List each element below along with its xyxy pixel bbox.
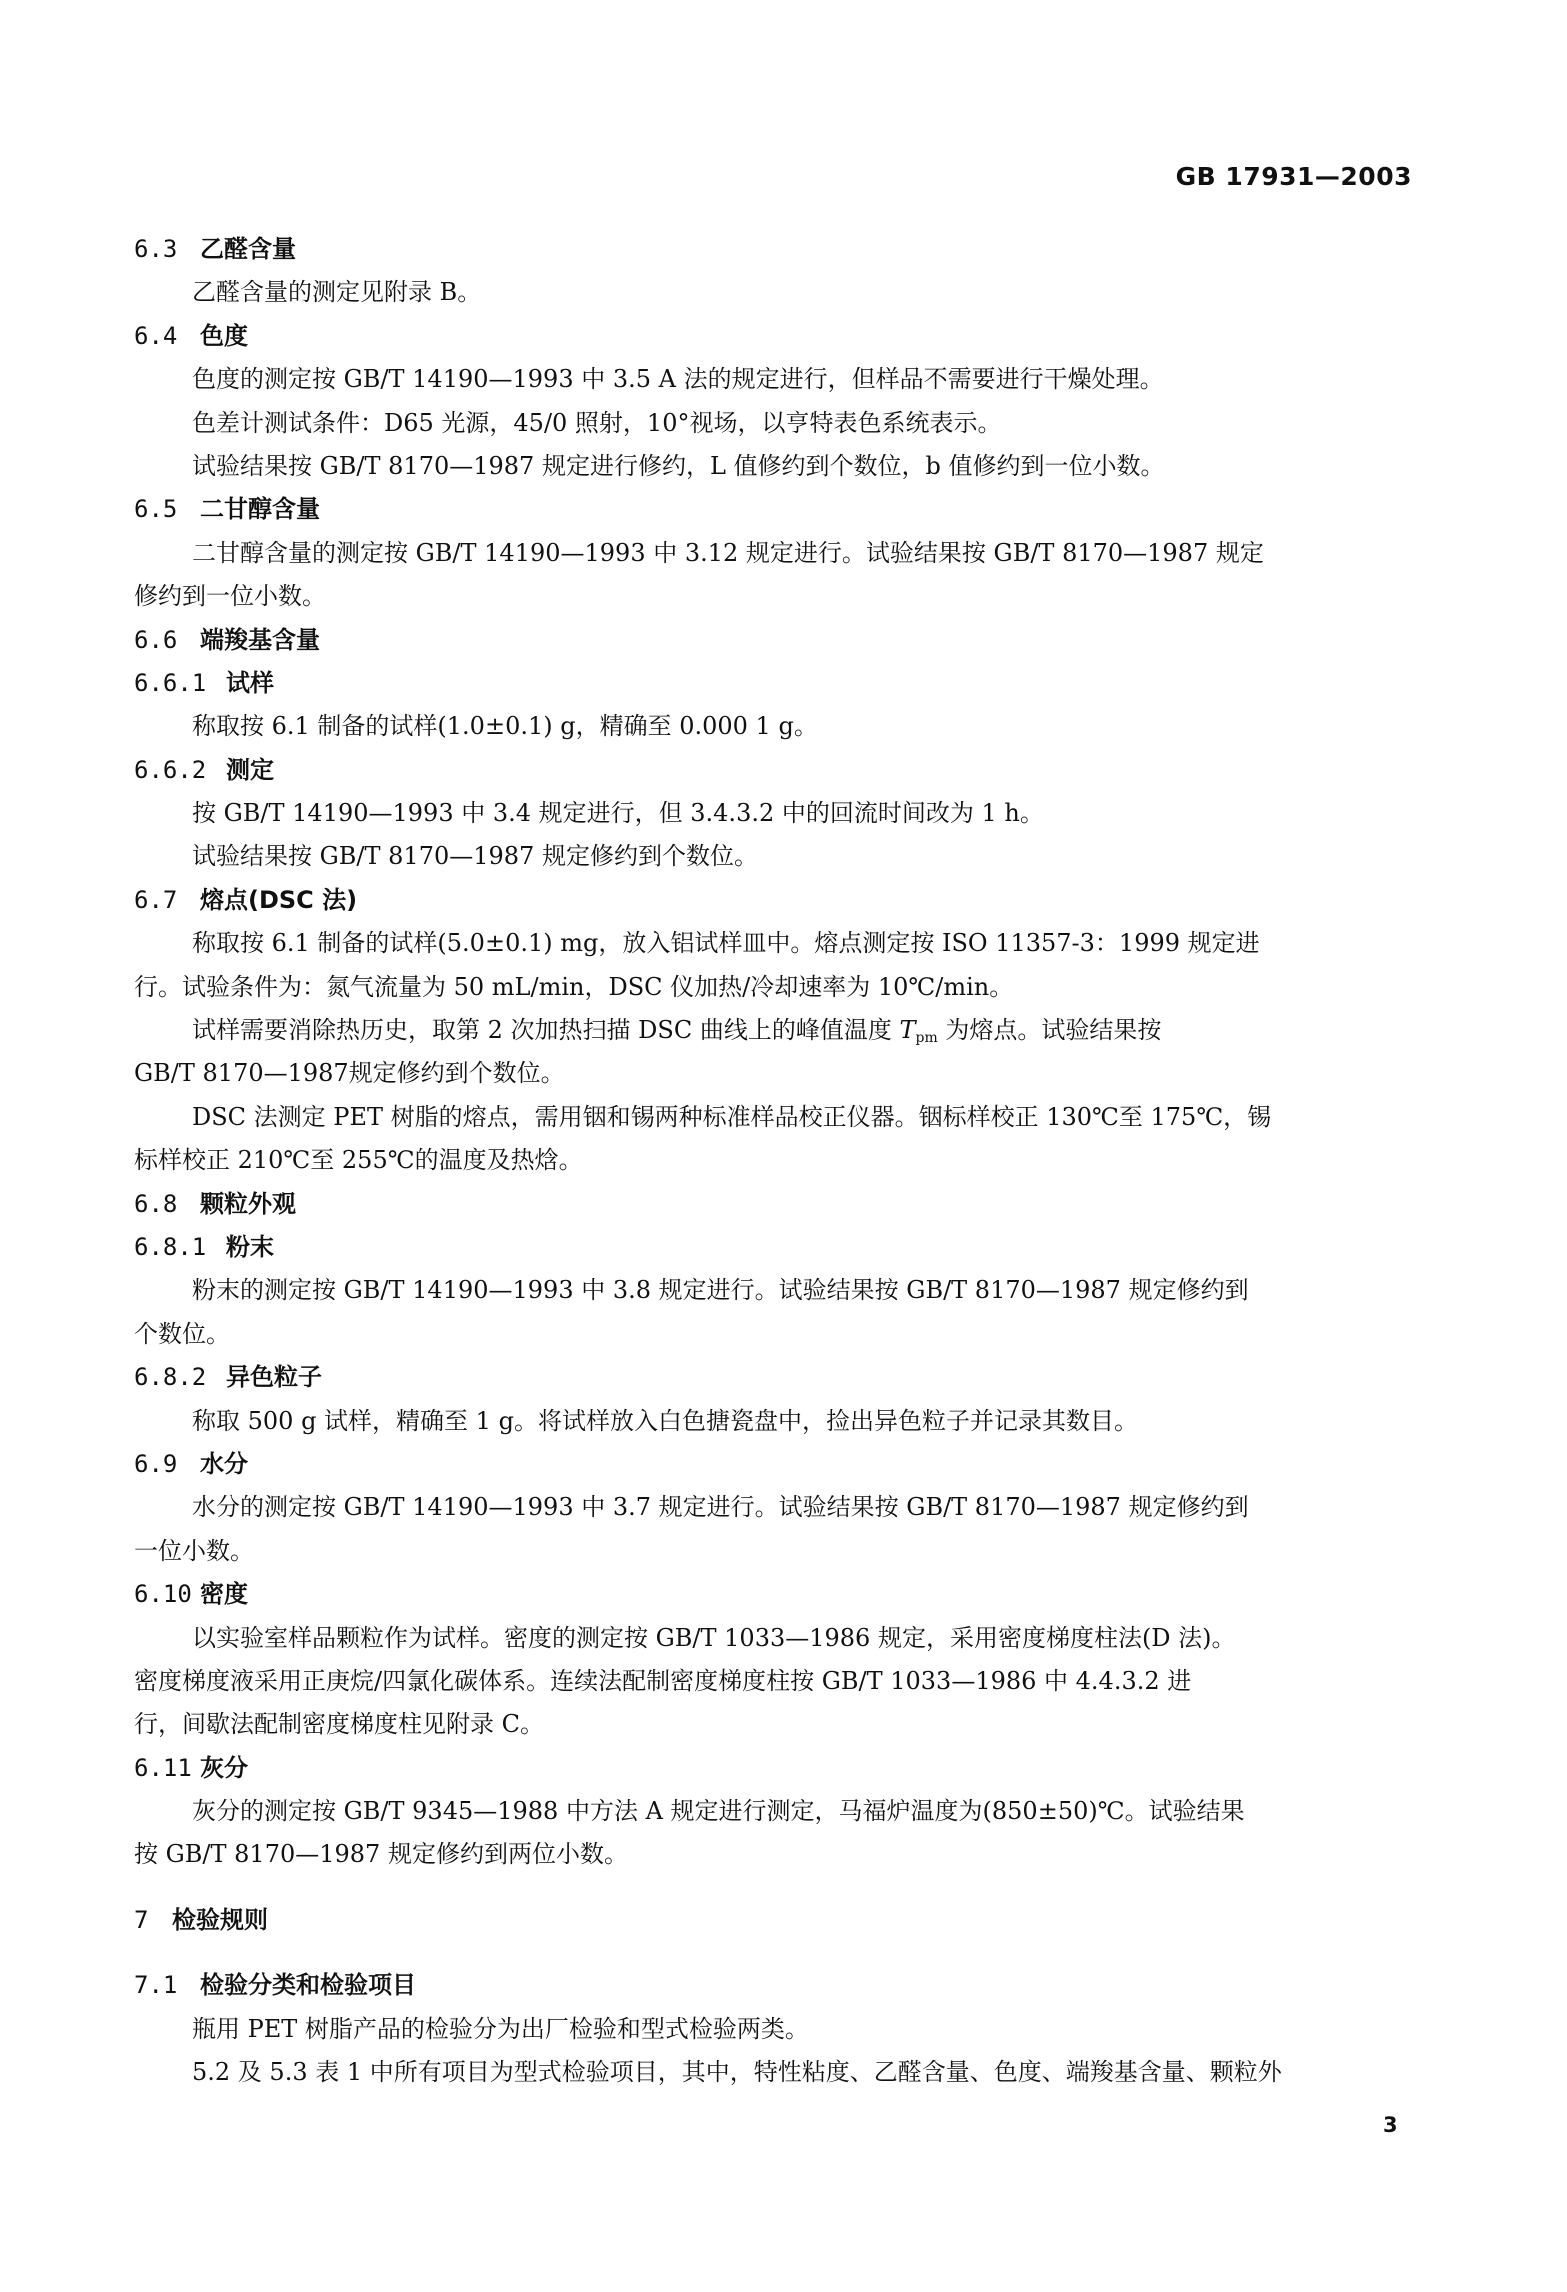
paragraph-continuation: 标样校正 210℃至 255℃的温度及热焓。 — [134, 1139, 1424, 1182]
section-title: 灰分 — [200, 1754, 248, 1782]
section-heading-6-8: 6.8颗粒外观 — [134, 1183, 1424, 1226]
paragraph: 试样需要消除热历史，取第 2 次加热扫描 DSC 曲线上的峰值温度 Tpm 为熔… — [134, 1009, 1424, 1052]
section-title: 水分 — [200, 1450, 248, 1478]
paragraph: 以实验室样品颗粒作为试样。密度的测定按 GB/T 1033—1986 规定，采用… — [134, 1617, 1424, 1660]
paragraph: 瓶用 PET 树脂产品的检验分为出厂检验和型式检验两类。 — [134, 2008, 1424, 2051]
section-heading-6-6-2: 6.6.2测定 — [134, 749, 1424, 792]
paragraph: 称取按 6.1 制备的试样(5.0±0.1) mg，放入铝试样皿中。熔点测定按 … — [134, 922, 1424, 965]
section-heading-6-9: 6.9水分 — [134, 1443, 1424, 1486]
section-number: 6.3 — [134, 228, 200, 271]
section-heading-6-7: 6.7熔点(DSC 法) — [134, 879, 1424, 922]
paragraph-continuation: 修约到一位小数。 — [134, 575, 1424, 618]
paragraph-continuation: 密度梯度液采用正庚烷/四氯化碳体系。连续法配制密度梯度柱按 GB/T 1033—… — [134, 1660, 1424, 1703]
section-number: 6.7 — [134, 879, 200, 922]
paragraph-continuation: 按 GB/T 8170—1987 规定修约到两位小数。 — [134, 1833, 1424, 1876]
document-body: 6.3乙醛含量 乙醛含量的测定见附录 B。 6.4色度 色度的测定按 GB/T … — [134, 228, 1424, 2094]
section-number: 6.6 — [134, 619, 200, 662]
paragraph-continuation: 一位小数。 — [134, 1530, 1424, 1573]
section-title: 测定 — [226, 756, 274, 784]
standard-code-header: GB 17931—2003 — [1176, 162, 1412, 191]
section-heading-6-10: 6.10密度 — [134, 1573, 1424, 1616]
section-title: 端羧基含量 — [200, 626, 320, 654]
section-heading-7-1: 7.1检验分类和检验项目 — [134, 1964, 1424, 2007]
paragraph: DSC 法测定 PET 树脂的熔点，需用铟和锡两种标准样品校正仪器。铟标样校正 … — [134, 1096, 1424, 1139]
section-number: 6.6.1 — [134, 662, 226, 705]
paragraph: 5.2 及 5.3 表 1 中所有项目为型式检验项目，其中，特性粘度、乙醛含量、… — [134, 2051, 1424, 2094]
paragraph: 色度的测定按 GB/T 14190—1993 中 3.5 A 法的规定进行，但样… — [134, 358, 1424, 401]
paragraph: 称取按 6.1 制备的试样(1.0±0.1) g，精确至 0.000 1 g。 — [134, 705, 1424, 748]
paragraph-continuation: 行，间歇法配制密度梯度柱见附录 C。 — [134, 1703, 1424, 1746]
section-title: 粉末 — [226, 1233, 274, 1261]
section-title: 密度 — [200, 1580, 248, 1608]
symbol-subscript: pm — [915, 1030, 937, 1046]
section-number: 6.6.2 — [134, 749, 226, 792]
section-title: 熔点(DSC 法) — [200, 886, 357, 914]
paragraph: 试验结果按 GB/T 8170—1987 规定进行修约，L 值修约到个数位，b … — [134, 445, 1424, 488]
section-number: 6.10 — [134, 1573, 200, 1616]
section-number: 6.8.1 — [134, 1226, 226, 1269]
chapter-title: 检验规则 — [172, 1906, 268, 1934]
section-title: 异色粒子 — [226, 1363, 322, 1391]
paragraph: 水分的测定按 GB/T 14190—1993 中 3.7 规定进行。试验结果按 … — [134, 1486, 1424, 1529]
paragraph: 试验结果按 GB/T 8170—1987 规定修约到个数位。 — [134, 835, 1424, 878]
chapter-number: 7 — [134, 1899, 172, 1942]
section-title: 色度 — [200, 322, 248, 350]
paragraph: 二甘醇含量的测定按 GB/T 14190—1993 中 3.12 规定进行。试验… — [134, 532, 1424, 575]
paragraph: 粉末的测定按 GB/T 14190—1993 中 3.8 规定进行。试验结果按 … — [134, 1269, 1424, 1312]
section-number: 6.8 — [134, 1183, 200, 1226]
section-heading-6-3: 6.3乙醛含量 — [134, 228, 1424, 271]
paragraph-continuation: 个数位。 — [134, 1313, 1424, 1356]
paragraph: 称取 500 g 试样，精确至 1 g。将试样放入白色搪瓷盘中，捡出异色粒子并记… — [134, 1400, 1424, 1443]
section-number: 6.8.2 — [134, 1356, 226, 1399]
paragraph: 灰分的测定按 GB/T 9345—1988 中方法 A 规定进行测定，马福炉温度… — [134, 1790, 1424, 1833]
spacer — [134, 1877, 1424, 1899]
text-run: 试样需要消除热历史，取第 2 次加热扫描 DSC 曲线上的峰值温度 — [192, 1016, 899, 1044]
section-title: 乙醛含量 — [200, 235, 296, 263]
chapter-heading-7: 7检验规则 — [134, 1899, 1424, 1942]
spacer — [134, 1942, 1424, 1964]
section-heading-6-5: 6.5二甘醇含量 — [134, 488, 1424, 531]
section-heading-6-6: 6.6端羧基含量 — [134, 619, 1424, 662]
paragraph: 按 GB/T 14190—1993 中 3.4 规定进行，但 3.4.3.2 中… — [134, 792, 1424, 835]
paragraph: 乙醛含量的测定见附录 B。 — [134, 271, 1424, 314]
section-title: 二甘醇含量 — [200, 495, 320, 523]
section-number: 6.11 — [134, 1747, 200, 1790]
section-heading-6-4: 6.4色度 — [134, 315, 1424, 358]
section-number: 6.9 — [134, 1443, 200, 1486]
page-number: 3 — [1383, 2113, 1398, 2137]
text-run: 为熔点。试验结果按 — [938, 1016, 1162, 1044]
section-heading-6-8-1: 6.8.1粉末 — [134, 1226, 1424, 1269]
section-title: 检验分类和检验项目 — [200, 1971, 416, 1999]
section-title: 颗粒外观 — [200, 1190, 296, 1218]
section-heading-6-8-2: 6.8.2异色粒子 — [134, 1356, 1424, 1399]
symbol-t: T — [899, 1016, 915, 1044]
section-number: 6.4 — [134, 315, 200, 358]
section-heading-6-11: 6.11灰分 — [134, 1747, 1424, 1790]
section-heading-6-6-1: 6.6.1试样 — [134, 662, 1424, 705]
section-title: 试样 — [226, 669, 274, 697]
paragraph: 色差计测试条件：D65 光源，45/0 照射，10°视场，以亨特表色系统表示。 — [134, 402, 1424, 445]
section-number: 6.5 — [134, 488, 200, 531]
section-number: 7.1 — [134, 1964, 200, 2007]
paragraph-continuation: 行。试验条件为：氮气流量为 50 mL/min，DSC 仪加热/冷却速率为 10… — [134, 966, 1424, 1009]
paragraph-continuation: GB/T 8170—1987规定修约到个数位。 — [134, 1052, 1424, 1095]
